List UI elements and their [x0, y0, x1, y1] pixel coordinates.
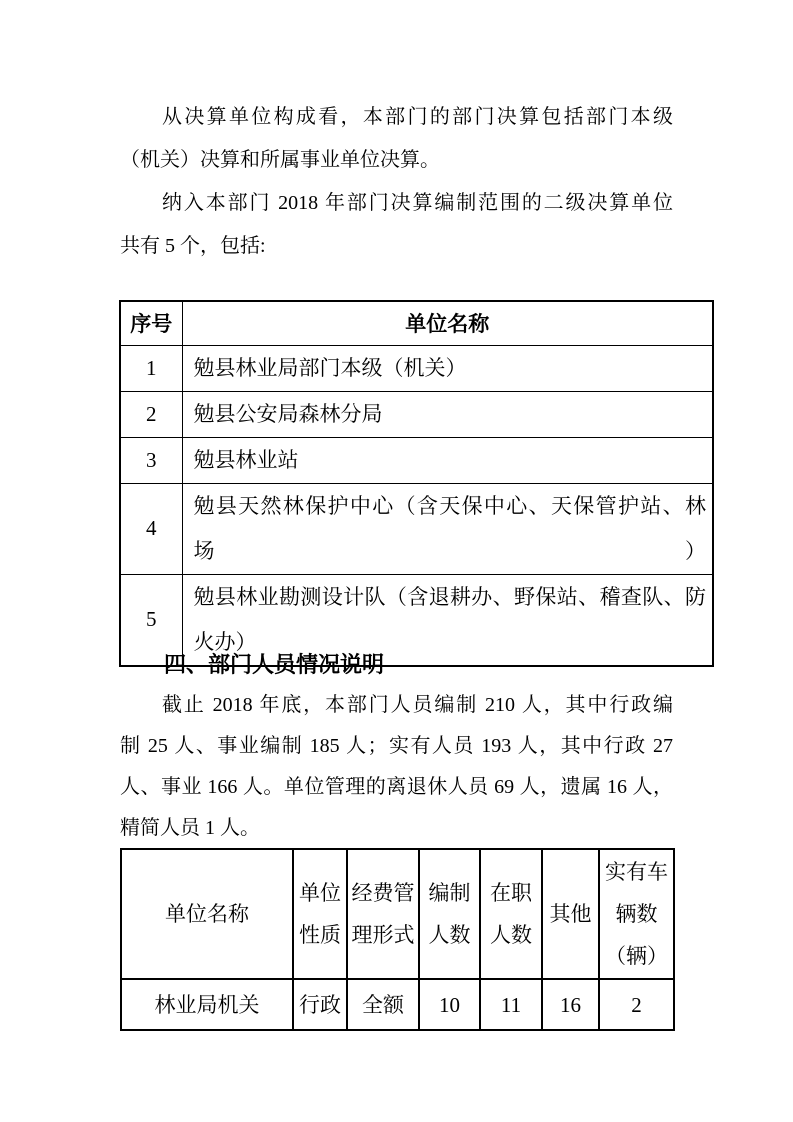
staff-table-header-row: 单位名称 单位性质 经费管理形式 编制人数 在职人数 其他 实有车辆数（辆） [121, 849, 674, 979]
unit-row-name: 勉县天然林保护中心（含天保中心、天保管护站、林场） [182, 483, 713, 574]
unit-row-name: 勉县公安局森林分局 [182, 391, 713, 437]
unit-row-name: 勉县林业站 [182, 437, 713, 483]
table-row: 4 勉县天然林保护中心（含天保中心、天保管护站、林场） [120, 483, 713, 574]
staff-table: 单位名称 单位性质 经费管理形式 编制人数 在职人数 其他 实有车辆数（辆） 林… [120, 848, 675, 1031]
paragraph-line: 制 25 人、事业编制 185 人；实有人员 193 人，其中行政 27 [120, 726, 673, 767]
section-heading: 四、部门人员情况说明 [164, 652, 384, 678]
unit-row-no: 3 [120, 437, 182, 483]
units-table-header-name: 单位名称 [182, 301, 713, 345]
staff-paragraph: 截止 2018 年底，本部门人员编制 210 人，其中行政编 制 25 人、事业… [120, 685, 673, 849]
staff-cell-nature: 行政 [293, 979, 347, 1030]
staff-header-authorized: 编制人数 [419, 849, 480, 979]
staff-header-active: 在职人数 [480, 849, 542, 979]
paragraph-line: 精简人员 1 人。 [120, 808, 673, 849]
intro-paragraph-2: 纳入本部门 2018 年部门决算编制范围的二级决算单位 共有 5 个，包括: [120, 182, 673, 268]
staff-cell-other: 16 [542, 979, 599, 1030]
document-page: 从决算单位构成看，本部门的部门决算包括部门本级 （机关）决算和所属事业单位决算。… [0, 0, 793, 1122]
staff-cell-active: 11 [480, 979, 542, 1030]
paragraph-line: 人、事业 166 人。单位管理的离退休人员 69 人，遗属 16 人， [120, 767, 673, 808]
paragraph-line: （机关）决算和所属事业单位决算。 [120, 139, 673, 182]
staff-cell-funding: 全额 [347, 979, 419, 1030]
paragraph-line: 从决算单位构成看，本部门的部门决算包括部门本级 [120, 96, 673, 139]
staff-header-other: 其他 [542, 849, 599, 979]
unit-row-no: 1 [120, 345, 182, 391]
intro-paragraph-1: 从决算单位构成看，本部门的部门决算包括部门本级 （机关）决算和所属事业单位决算。 [120, 96, 673, 182]
table-row: 林业局机关 行政 全额 10 11 16 2 [121, 979, 674, 1030]
staff-cell-unit: 林业局机关 [121, 979, 293, 1030]
staff-header-funding: 经费管理形式 [347, 849, 419, 979]
paragraph-line: 纳入本部门 2018 年部门决算编制范围的二级决算单位 [120, 182, 673, 225]
units-table-header-row: 序号 单位名称 [120, 301, 713, 345]
staff-header-unit: 单位名称 [121, 849, 293, 979]
table-row: 3 勉县林业站 [120, 437, 713, 483]
unit-row-no: 2 [120, 391, 182, 437]
staff-cell-vehicles: 2 [599, 979, 674, 1030]
paragraph-line: 共有 5 个，包括: [120, 225, 673, 268]
unit-row-name: 勉县林业局部门本级（机关） [182, 345, 713, 391]
table-row: 1 勉县林业局部门本级（机关） [120, 345, 713, 391]
staff-header-nature: 单位性质 [293, 849, 347, 979]
table-row: 2 勉县公安局森林分局 [120, 391, 713, 437]
units-table: 序号 单位名称 1 勉县林业局部门本级（机关） 2 勉县公安局森林分局 3 勉县… [119, 300, 714, 667]
units-table-header-no: 序号 [120, 301, 182, 345]
staff-header-vehicles: 实有车辆数（辆） [599, 849, 674, 979]
paragraph-line: 截止 2018 年底，本部门人员编制 210 人，其中行政编 [120, 685, 673, 726]
unit-row-no: 4 [120, 483, 182, 574]
staff-cell-authorized: 10 [419, 979, 480, 1030]
